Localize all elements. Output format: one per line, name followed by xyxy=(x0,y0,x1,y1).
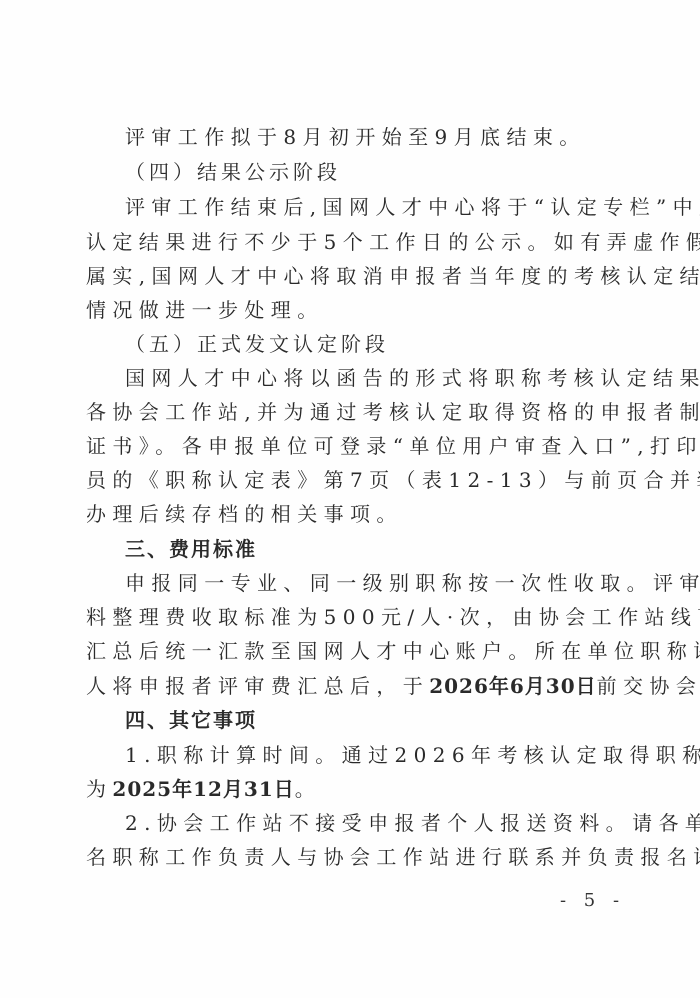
text-segment: 为 xyxy=(86,777,112,801)
paragraph-line: 2.协会工作站不接受申报者个人报送资料。请各单位确定1 xyxy=(125,806,625,840)
paragraph-line: 办理后续存档的相关事项。 xyxy=(86,497,626,531)
document-page: 评审工作拟于8月初开始至9月底结束。 （四）结果公示阶段 评审工作结束后,国网人… xyxy=(0,0,700,998)
deadline-date: 2026年6月30日 xyxy=(429,674,596,698)
paragraph-line: 汇总后统一汇款至国网人才中心账户。所在单位职称评审负责 xyxy=(86,634,626,668)
paragraph-line: 评审工作拟于8月初开始至9月底结束。 xyxy=(125,120,625,154)
paragraph-line: 认定结果进行不少于5个工作日的公示。如有弄虚作假行为经查 xyxy=(86,225,626,259)
paragraph-line: 名职称工作负责人与协会工作站进行联系并负责报名评审费用 xyxy=(86,840,626,874)
paragraph-line: 申报同一专业、同一级别职称按一次性收取。评审费及资 xyxy=(125,566,625,600)
section-heading-fee-standard: 三、费用标准 xyxy=(125,532,665,566)
section-subheading-results-publicity: （四）结果公示阶段 xyxy=(125,155,665,189)
paragraph-line: 国网人才中心将以函告的形式将职称考核认定结果通知到 xyxy=(125,361,625,395)
paragraph-line: 1.职称计算时间。通过2026年考核认定取得职称的起始时 xyxy=(125,738,625,772)
text-segment: 前交协会工作站。 xyxy=(597,674,700,698)
paragraph-line: 证书》。各申报单位可登录“单位用户审查入口”,打印通过人 xyxy=(86,429,626,463)
paragraph-line: 员的《职称认定表》第7页（表12-13）与前页合并装订,并为其 xyxy=(86,463,626,497)
paragraph-line: 情况做进一步处理。 xyxy=(86,293,626,327)
paragraph-line-with-deadline: 人将申报者评审费汇总后，于2026年6月30日前交协会工作站。 xyxy=(86,669,626,703)
paragraph-line: 各协会工作站,并为通过考核认定取得资格的申报者制作《职称 xyxy=(86,395,626,429)
section-subheading-formal-certification: （五）正式发文认定阶段 xyxy=(125,327,665,361)
paragraph-line: 料整理费收取标准为500元/人·次，由协会工作站线下收取， xyxy=(86,600,626,634)
page-number: - 5 - xyxy=(560,890,625,911)
paragraph-line-with-date: 为2025年12月31日。 xyxy=(86,772,626,806)
text-segment: 人将申报者评审费汇总后，于 xyxy=(86,674,429,698)
text-segment: 。 xyxy=(295,777,321,801)
paragraph-line: 评审工作结束后,国网人才中心将于“认定专栏”中对考核 xyxy=(125,190,625,224)
start-date: 2025年12月31日 xyxy=(112,777,294,801)
section-heading-other-matters: 四、其它事项 xyxy=(125,703,665,737)
paragraph-line: 属实,国网人才中心将取消申报者当年度的考核认定结果,并视 xyxy=(86,259,626,293)
